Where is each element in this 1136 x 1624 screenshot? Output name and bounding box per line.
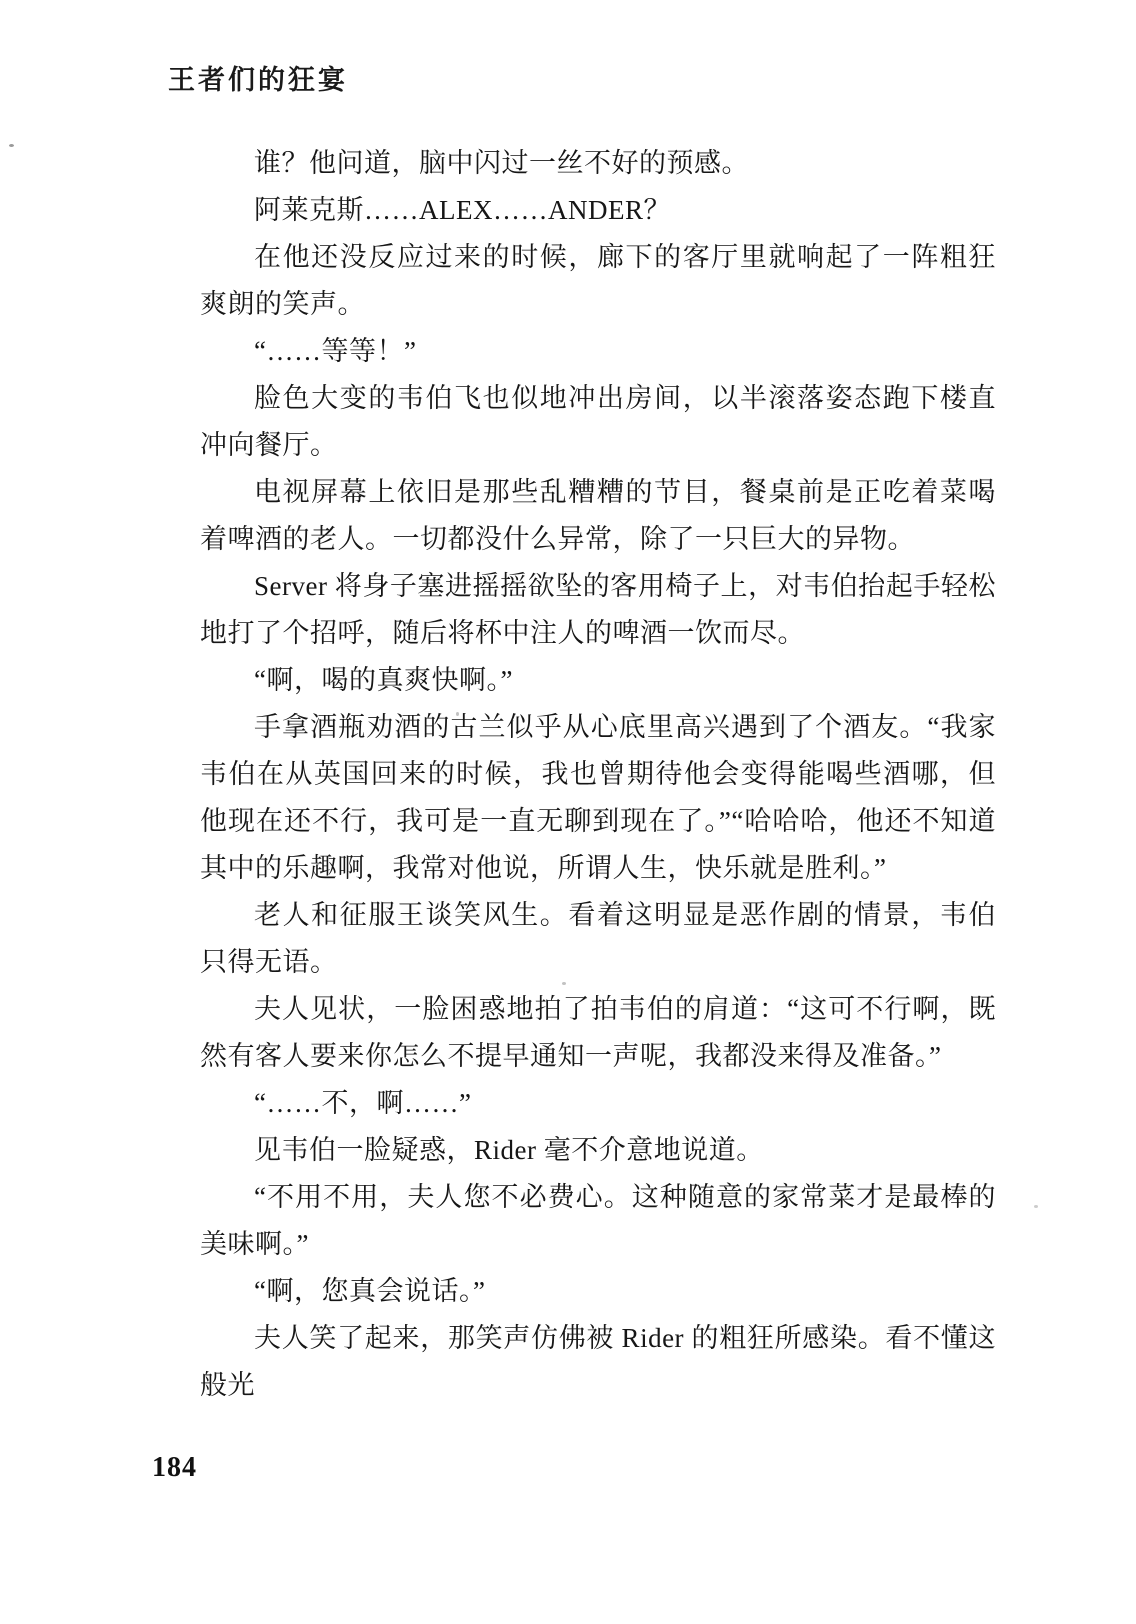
scan-speck [456, 712, 459, 716]
paragraph: 见韦伯一脸疑惑，Rider 毫不介意地说道。 [200, 1127, 996, 1174]
scan-speck [562, 982, 566, 985]
running-header: 王者们的狂宴 [168, 58, 348, 97]
paragraph: 手拿酒瓶劝酒的古兰似乎从心底里高兴遇到了个酒友。“我家韦伯在从英国回来的时候，我… [200, 704, 996, 892]
paragraph: “不用不用，夫人您不必费心。这种随意的家常菜才是最棒的美味啊。” [200, 1174, 996, 1268]
paragraph: 夫人见状，一脸困惑地拍了拍韦伯的肩道：“这可不行啊，既然有客人要来你怎么不提早通… [200, 986, 996, 1080]
scan-speck [9, 144, 14, 147]
paragraph: 老人和征服王谈笑风生。看着这明显是恶作剧的情景，韦伯只得无语。 [200, 892, 996, 986]
scan-speck [1034, 1205, 1038, 1208]
paragraph: “……等等！” [200, 328, 996, 375]
paragraph: “啊，喝的真爽快啊。” [200, 657, 996, 704]
body-text: 谁？他问道，脑中闪过一丝不好的预感。 阿莱克斯……ALEX……ANDER？ 在他… [200, 140, 996, 1409]
paragraph: 在他还没反应过来的时候，廊下的客厅里就响起了一阵粗狂爽朗的笑声。 [200, 234, 996, 328]
paragraph: 脸色大变的韦伯飞也似地冲出房间，以半滚落姿态跑下楼直冲向餐厅。 [200, 375, 996, 469]
paragraph: “啊，您真会说话。” [200, 1268, 996, 1315]
paragraph: 谁？他问道，脑中闪过一丝不好的预感。 [200, 140, 996, 187]
paragraph: 电视屏幕上依旧是那些乱糟糟的节目，餐桌前是正吃着菜喝着啤酒的老人。一切都没什么异… [200, 469, 996, 563]
paragraph: 夫人笑了起来，那笑声仿佛被 Rider 的粗狂所感染。看不懂这般光 [200, 1315, 996, 1409]
paragraph: 阿莱克斯……ALEX……ANDER？ [200, 187, 996, 234]
book-page: 王者们的狂宴 谁？他问道，脑中闪过一丝不好的预感。 阿莱克斯……ALEX……AN… [0, 0, 1136, 1624]
page-number: 184 [152, 1452, 197, 1484]
paragraph: “……不，啊……” [200, 1080, 996, 1127]
paragraph: Server 将身子塞进摇摇欲坠的客用椅子上，对韦伯抬起手轻松地打了个招呼，随后… [200, 563, 996, 657]
